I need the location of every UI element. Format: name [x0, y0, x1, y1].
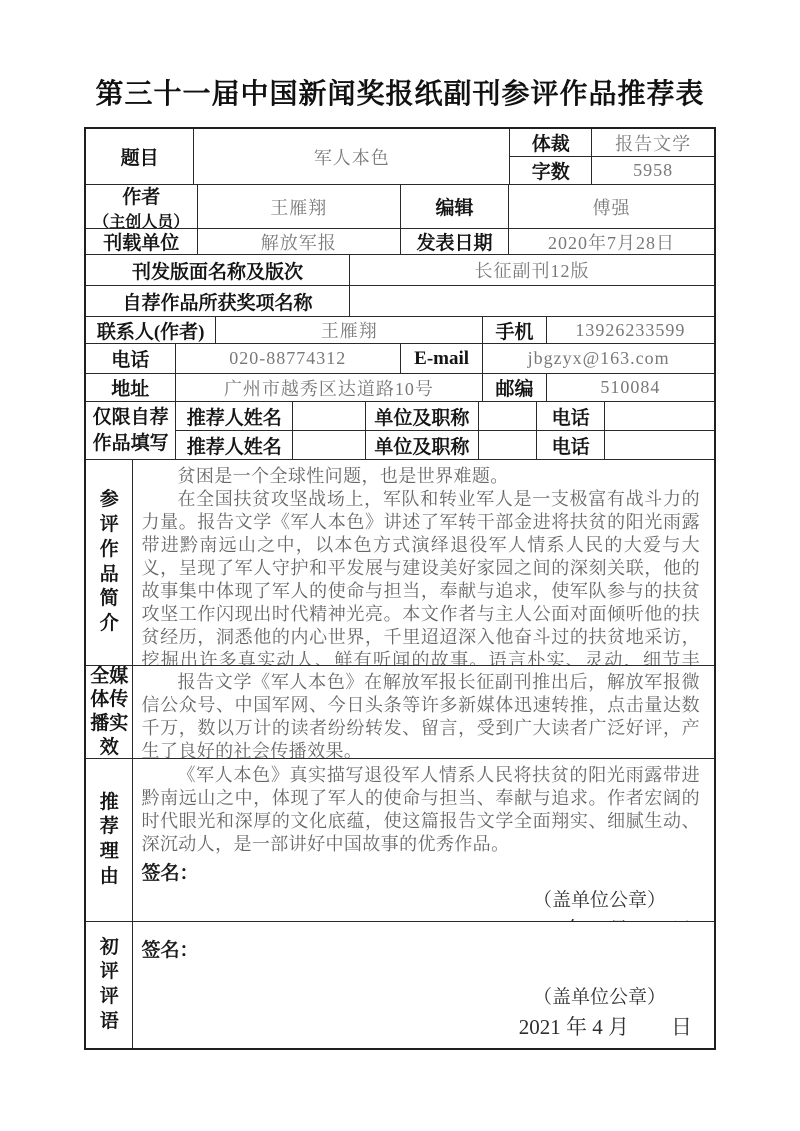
section-media-effect: 全媒体传播实效 报告文学《军人本色》在解放军报长征副刊推出后，解放军报微信公众号…: [86, 665, 714, 758]
editor-value: 傅强: [592, 194, 630, 220]
wordcount-label: 字数: [532, 157, 570, 184]
recommender-name-label: 推荐人姓名: [187, 432, 282, 459]
page-edition-label: 刊发版面名称及版次: [132, 257, 303, 284]
email-label: E-mail: [414, 348, 469, 370]
zip-value: 510084: [600, 377, 660, 398]
recommendation-form-table: 题目 军人本色 体裁 报告文学 字数: [84, 127, 716, 1050]
author-label-cell: 作者 （主创人员）: [86, 185, 197, 228]
genre-value: 报告文学: [615, 130, 691, 156]
stamp-note: （盖单位公章）: [141, 885, 692, 912]
title-value-cell: 军人本色: [193, 129, 509, 184]
editor-label-cell: 编辑: [400, 185, 508, 228]
initial-label: 初评评语: [98, 936, 120, 1035]
recommender-tel-label: 电话: [552, 432, 590, 459]
self-rec-row-1: 推荐人姓名 单位及职称 电话: [176, 402, 714, 430]
zip-label-cell: 邮编: [482, 374, 545, 401]
author-value: 王雁翔: [270, 194, 327, 220]
media-label-cell: 全媒体传播实效: [86, 666, 132, 758]
recommender-name-label-cell: 推荐人姓名: [176, 402, 292, 430]
contact-value-cell: 王雁翔: [215, 317, 482, 343]
recommend-label: 推荐理由: [98, 791, 120, 890]
initial-label-cell: 初评评语: [86, 922, 132, 1048]
intro-paragraph: 贫困是一个全球性问题，也是世界难题。: [141, 465, 700, 488]
recommender-tel-value-cell: [604, 431, 714, 459]
publisher-label-cell: 刊载单位: [86, 229, 197, 254]
author-value-cell: 王雁翔: [197, 185, 400, 228]
row-phone-email: 电话 020-88774312 E-mail jbgzyx@163.com: [86, 343, 714, 373]
stamp-date-block: （盖单位公章） 2021 年 4 月 日: [141, 885, 700, 921]
wordcount-subrow: 字数 5958: [510, 156, 714, 184]
author-label: 作者: [122, 187, 160, 208]
zip-value-cell: 510084: [546, 374, 714, 401]
recommender-org-label-cell: 单位及职称: [365, 431, 478, 459]
publisher-value-cell: 解放军报: [197, 229, 400, 254]
address-value: 广州市越秀区达道路10号: [224, 375, 434, 401]
row-self-recommend: 仅限自荐作品填写 推荐人姓名 单位及职称: [86, 401, 714, 459]
media-paragraph: 报告文学《军人本色》在解放军报长征副刊推出后，解放军报微信公众号、中国军网、今日…: [141, 671, 700, 758]
phone-label: 电话: [111, 345, 149, 372]
recommend-body-cell: 《军人本色》真实描写退役军人情系人民将扶贫的阳光雨露带进黔南远山之中，体现了军人…: [132, 759, 714, 921]
recommender-org-label-cell: 单位及职称: [365, 402, 478, 430]
recommender-tel-label: 电话: [552, 403, 590, 430]
media-body-cell: 报告文学《军人本色》在解放军报长征副刊推出后，解放军报微信公众号、中国军网、今日…: [132, 666, 714, 758]
editor-value-cell: 傅强: [508, 185, 714, 228]
email-label-cell: E-mail: [400, 344, 482, 373]
row-title: 题目 军人本色 体裁 报告文学 字数: [86, 129, 714, 184]
mobile-value: 13926233599: [575, 320, 685, 341]
genre-words-block: 体裁 报告文学 字数 5958: [509, 129, 714, 184]
contact-value: 王雁翔: [321, 317, 378, 343]
genre-subrow: 体裁 报告文学: [510, 129, 714, 156]
date-line: 2021 年 4 月 日: [141, 914, 692, 921]
intro-body-cell: 贫困是一个全球性问题，也是世界难题。 在全国扶贫攻坚战场上，军队和转业军人是一支…: [132, 460, 714, 665]
row-award-name: 自荐作品所获奖项名称: [86, 285, 714, 316]
row-author: 作者 （主创人员） 王雁翔 编辑 傅强: [86, 184, 714, 228]
recommender-name-value-cell: [292, 431, 365, 459]
row-contact: 联系人(作者) 王雁翔 手机 13926233599: [86, 316, 714, 343]
genre-label-cell: 体裁: [510, 129, 591, 156]
recommender-tel-value-cell: [604, 402, 714, 430]
editor-label: 编辑: [435, 193, 473, 220]
pubdate-value: 2020年7月28日: [548, 229, 675, 254]
recommender-tel-label-cell: 电话: [536, 402, 603, 430]
phone-value-cell: 020-88774312: [175, 344, 400, 373]
pubdate-label-cell: 发表日期: [400, 229, 508, 254]
recommender-org-label: 单位及职称: [374, 403, 469, 430]
award-label: 自荐作品所获奖项名称: [123, 288, 313, 315]
intro-paragraph: 在全国扶贫攻坚战场上，军队和转业军人是一支极富有战斗力的力量。报告文学《军人本色…: [141, 488, 700, 665]
phone-value: 020-88774312: [229, 348, 346, 369]
recommender-name-label: 推荐人姓名: [187, 403, 282, 430]
recommender-tel-label-cell: 电话: [536, 431, 603, 459]
pubdate-value-cell: 2020年7月28日: [508, 229, 714, 254]
page-edition-label-cell: 刊发版面名称及版次: [86, 255, 349, 285]
recommender-name-label-cell: 推荐人姓名: [176, 431, 292, 459]
page-edition-value: 长征副刊12版: [475, 257, 590, 283]
recommend-label-cell: 推荐理由: [86, 759, 132, 921]
document-page: 第三十一届中国新闻奖报纸副刊参评作品推荐表 题目 军人本色 体裁 报告文学: [0, 0, 800, 1131]
title-label-cell: 题目: [86, 129, 193, 184]
wordcount-label-cell: 字数: [510, 157, 591, 184]
address-value-cell: 广州市越秀区达道路10号: [175, 374, 483, 401]
media-label: 全媒体传播实效: [88, 666, 130, 758]
wordcount-value: 5958: [633, 160, 673, 181]
address-label: 地址: [111, 374, 149, 401]
self-rec-label: 仅限自荐作品填写: [90, 405, 172, 456]
initial-body-cell: 签名： （盖单位公章） 2021 年 4 月 日: [132, 922, 714, 1048]
wordcount-value-cell: 5958: [591, 157, 714, 184]
self-rec-row-2: 推荐人姓名 单位及职称 电话: [176, 430, 714, 459]
publisher-label: 刊载单位: [103, 229, 179, 254]
recommender-org-label: 单位及职称: [374, 432, 469, 459]
genre-value-cell: 报告文学: [591, 129, 714, 156]
award-label-cell: 自荐作品所获奖项名称: [86, 286, 349, 316]
mobile-value-cell: 13926233599: [546, 317, 714, 343]
pubdate-label: 发表日期: [416, 229, 492, 254]
email-value: jbgzyx@163.com: [528, 348, 670, 369]
recommend-paragraph: 《军人本色》真实描写退役军人情系人民将扶贫的阳光雨露带进黔南远山之中，体现了军人…: [141, 764, 700, 856]
row-address: 地址 广州市越秀区达道路10号 邮编 510084: [86, 373, 714, 401]
contact-label-cell: 联系人(作者): [86, 317, 215, 343]
genre-label: 体裁: [532, 129, 570, 156]
publisher-value: 解放军报: [261, 229, 337, 254]
intro-label-cell: 参评作品简介: [86, 460, 132, 665]
page-edition-value-cell: 长征副刊12版: [349, 255, 714, 285]
row-page-edition: 刊发版面名称及版次 长征副刊12版: [86, 254, 714, 285]
title-label: 题目: [121, 143, 159, 170]
signature-label: 签名：: [141, 858, 700, 885]
author-label-sub: （主创人员）: [93, 209, 189, 229]
award-value-cell: [349, 286, 714, 316]
contact-label: 联系人(作者): [97, 317, 205, 343]
recommender-name-value-cell: [292, 402, 365, 430]
zip-label: 邮编: [495, 374, 533, 401]
self-rec-label-cell: 仅限自荐作品填写: [86, 402, 175, 459]
intro-label: 参评作品简介: [98, 488, 120, 636]
date-line: 2021 年 4 月 日: [141, 1011, 692, 1041]
mobile-label-cell: 手机: [482, 317, 545, 343]
section-initial-review: 初评评语 签名： （盖单位公章） 2021 年 4 月 日: [86, 921, 714, 1048]
row-publisher: 刊载单位 解放军报 发表日期 2020年7月28日: [86, 228, 714, 254]
section-recommend-reason: 推荐理由 《军人本色》真实描写退役军人情系人民将扶贫的阳光雨露带进黔南远山之中，…: [86, 758, 714, 921]
self-rec-rows: 推荐人姓名 单位及职称 电话: [175, 402, 714, 459]
signature-label: 签名：: [141, 935, 700, 962]
address-label-cell: 地址: [86, 374, 175, 401]
recommender-org-value-cell: [478, 402, 537, 430]
stamp-date-block: （盖单位公章） 2021 年 4 月 日: [141, 982, 700, 1044]
recommender-org-value-cell: [478, 431, 537, 459]
section-intro: 参评作品简介 贫困是一个全球性问题，也是世界难题。 在全国扶贫攻坚战场上，军队和…: [86, 459, 714, 665]
stamp-note: （盖单位公章）: [141, 982, 692, 1009]
mobile-label: 手机: [495, 317, 533, 343]
email-value-cell: jbgzyx@163.com: [482, 344, 714, 373]
title-value: 军人本色: [314, 144, 390, 170]
page-title: 第三十一届中国新闻奖报纸副刊参评作品推荐表: [0, 72, 800, 112]
phone-label-cell: 电话: [86, 344, 175, 373]
